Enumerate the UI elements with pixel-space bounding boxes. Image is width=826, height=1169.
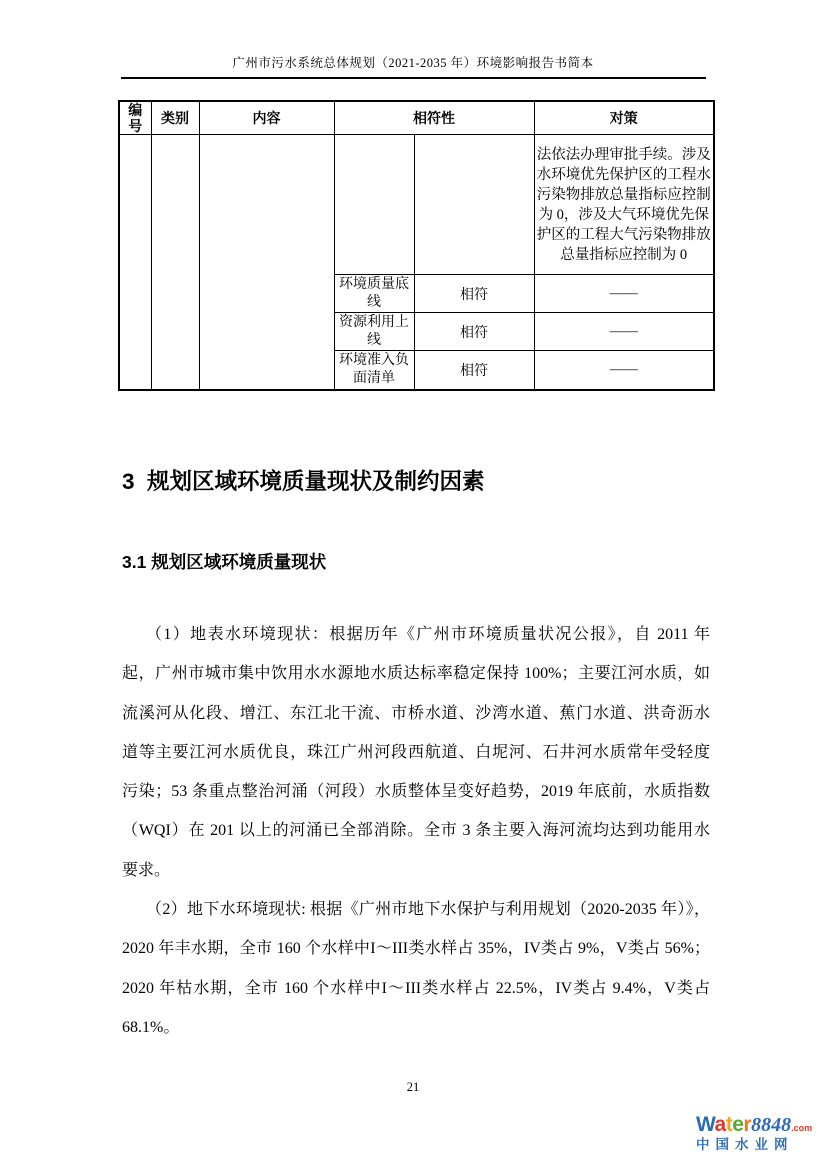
water8848-logo: Water8848.com 中国水业网: [696, 1114, 826, 1152]
header-divider-rule: [121, 77, 706, 79]
paragraph-line: （2）地下水环境现状: 根据《广州市地下水保护与利用规划（2020-2035 年…: [122, 890, 710, 929]
empty-category-cell: [151, 135, 199, 390]
compliance-table: 编号 类别 内容 相符性 对策 法依法办理审批手续。涉及水环境优先保护区的工程水…: [118, 100, 715, 391]
page-number: 21: [0, 1080, 826, 1095]
table-row-continuation: 法依法办理审批手续。涉及水环境优先保护区的工程水污染物排放总量指标应控制为 0，…: [119, 135, 714, 275]
conformity-value-cell: 相符: [414, 275, 534, 313]
document-page: 广州市污水系统总体规划（2021-2035 年）环境影响报告书简本 编号 类别 …: [0, 0, 826, 1169]
conformity-item-cell: 环境准入负面清单: [334, 351, 414, 390]
empty-conformity-item-cell: [334, 135, 414, 275]
countermeasure-cell: ——: [534, 275, 714, 313]
paragraph-line: 要求。: [122, 851, 710, 890]
paragraph-line: 污染；53 条重点整治河涌（河段）水质整体呈变好趋势，2019 年底前，水质指数: [122, 772, 710, 811]
paragraph-line: 起，广州市城市集中饮用水水源地水质达标率稳定保持 100%；主要江河水质，如: [122, 654, 710, 693]
conformity-value-cell: 相符: [414, 313, 534, 351]
logo-letter: a: [715, 1113, 726, 1136]
paragraph-line: 流溪河从化段、增江、东江北干流、市桥水道、沙湾水道、蕉门水道、洪奇沥水: [122, 694, 710, 733]
logo-letter: r: [743, 1113, 751, 1136]
countermeasure-cell: ——: [534, 313, 714, 351]
logo-letter: W: [696, 1113, 715, 1136]
conformity-item-cell: 资源利用上线: [334, 313, 414, 351]
column-header-content: 内容: [199, 101, 334, 135]
logo-number: 8848: [751, 1114, 791, 1136]
column-header-category: 类别: [151, 101, 199, 135]
subsection-heading: 3.1 规划区域环境质量现状: [122, 549, 326, 574]
column-header-number: 编号: [119, 101, 151, 135]
paragraph-line: （1）地表水环境现状：根据历年《广州市环境质量状况公报》，自 2011 年: [122, 615, 710, 654]
logo-letter: e: [732, 1113, 743, 1136]
column-header-conformity: 相符性: [334, 101, 534, 135]
logo-dotcom: .com: [791, 1123, 812, 1133]
paragraph-line: 道等主要江河水质优良，珠江广州河段西航道、白坭河、石井河水质常年受轻度: [122, 733, 710, 772]
paragraph-line: 68.1%。: [122, 1008, 710, 1047]
countermeasure-cell: 法依法办理审批手续。涉及水环境优先保护区的工程水污染物排放总量指标应控制为 0，…: [534, 135, 714, 275]
column-header-countermeasure: 对策: [534, 101, 714, 135]
conformity-item-cell: 环境质量底线: [334, 275, 414, 313]
logo-wordmark: Water8848.com: [696, 1114, 826, 1135]
conformity-value-cell: 相符: [414, 351, 534, 390]
table-header-row: 编号 类别 内容 相符性 对策: [119, 101, 714, 135]
empty-number-cell: [119, 135, 151, 390]
running-header-title: 广州市污水系统总体规划（2021-2035 年）环境影响报告书简本: [0, 53, 826, 71]
empty-conformity-value-cell: [414, 135, 534, 275]
paragraph-line: 2020 年丰水期，全市 160 个水样中I～III类水样占 35%，IV类占 …: [122, 929, 710, 968]
empty-content-cell: [199, 135, 334, 390]
countermeasure-cell: ——: [534, 351, 714, 390]
paragraph-line: 2020 年枯水期，全市 160 个水样中I～III类水样占 22.5%，IV类…: [122, 969, 710, 1008]
paragraph-line: （WQI）在 201 以上的河涌已全部消除。全市 3 条主要入海河流均达到功能用…: [122, 811, 710, 850]
body-text: （1）地表水环境现状：根据历年《广州市环境质量状况公报》，自 2011 年 起，…: [122, 615, 710, 1047]
section-heading: 3 规划区域环境质量现状及制约因素: [122, 464, 485, 496]
logo-subtitle: 中国水业网: [696, 1138, 826, 1152]
